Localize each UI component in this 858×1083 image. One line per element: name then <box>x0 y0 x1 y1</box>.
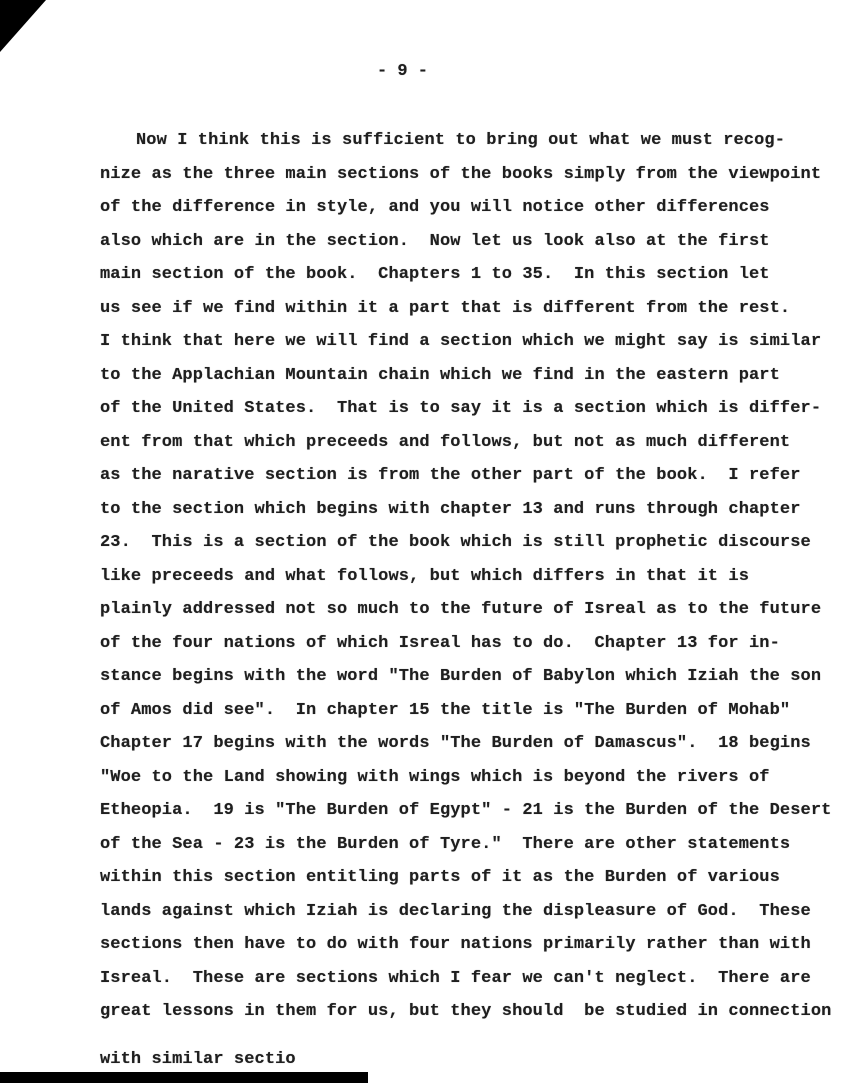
text-line: Isreal. These are sections which I fear … <box>100 962 832 996</box>
text-line: "Woe to the Land showing with wings whic… <box>100 761 832 795</box>
text-line: great lessons in them for us, but they s… <box>100 995 832 1029</box>
text-line: like preceeds and what follows, but whic… <box>100 560 832 594</box>
text-line: with similar sectio <box>100 1043 832 1077</box>
text-line: as the narative section is from the othe… <box>100 459 832 493</box>
text-line: sections then have to do with four natio… <box>100 928 832 962</box>
text-line: to the Applachian Mountain chain which w… <box>100 359 832 393</box>
text-line: plainly addressed not so much to the fut… <box>100 593 832 627</box>
text-line: of Amos did see". In chapter 15 the titl… <box>100 694 832 728</box>
text-line: of the United States. That is to say it … <box>100 392 832 426</box>
text-line: lands against which Iziah is declaring t… <box>100 895 832 929</box>
text-line: stance begins with the word "The Burden … <box>100 660 832 694</box>
text-line: within this section entitling parts of i… <box>100 861 832 895</box>
page-number: - 9 - <box>377 62 428 82</box>
text-line: ent from that which preceeds and follows… <box>100 426 832 460</box>
text-line: Chapter 17 begins with the words "The Bu… <box>100 727 832 761</box>
text-line: main section of the book. Chapters 1 to … <box>100 258 832 292</box>
text-line: Etheopia. 19 is "The Burden of Egypt" - … <box>100 794 832 828</box>
text-line: Now I think this is sufficient to bring … <box>100 124 832 158</box>
document-body: Now I think this is sufficient to bring … <box>100 124 832 1076</box>
text-line: of the Sea - 23 is the Burden of Tyre." … <box>100 828 832 862</box>
text-line: of the difference in style, and you will… <box>100 191 832 225</box>
scan-artifact-top-left-corner <box>0 0 46 52</box>
text-line: nize as the three main sections of the b… <box>100 158 832 192</box>
text-line: 23. This is a section of the book which … <box>100 526 832 560</box>
text-line: of the four nations of which Isreal has … <box>100 627 832 661</box>
text-line: to the section which begins with chapter… <box>100 493 832 527</box>
text-line: I think that here we will find a section… <box>100 325 832 359</box>
document-page: - 9 - Now I think this is sufficient to … <box>0 0 858 1083</box>
text-line: us see if we find within it a part that … <box>100 292 832 326</box>
text-line: also which are in the section. Now let u… <box>100 225 832 259</box>
